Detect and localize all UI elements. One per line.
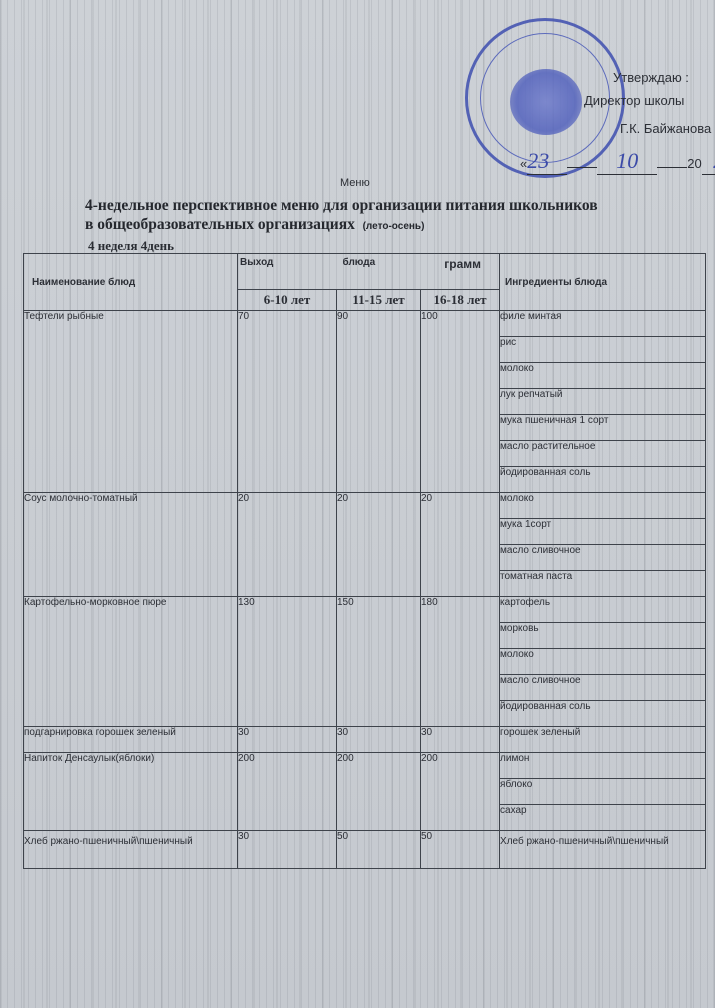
portion-grams: 200: [421, 753, 500, 831]
dish-name: Картофельно-морковное пюре: [24, 597, 238, 727]
date-month: 10: [597, 148, 657, 175]
header-output-1: Выход: [240, 257, 273, 271]
portion-grams: 150: [337, 597, 421, 727]
dish-name: подгарнировка горошек зеленый: [24, 727, 238, 753]
ingredient: рис: [500, 337, 706, 363]
ingredient: мука 1сорт: [500, 519, 706, 545]
ingredient: молоко: [500, 493, 706, 519]
approval-label: Утверждаю :: [613, 70, 689, 85]
table-row: Соус молочно-томатный202020молоко: [24, 493, 706, 519]
year-prefix: 20: [687, 156, 701, 171]
ingredient: томатная паста: [500, 571, 706, 597]
dish-name: Тефтели рыбные: [24, 311, 238, 493]
portion-grams: 30: [238, 727, 337, 753]
ingredient: сахар: [500, 805, 706, 831]
portion-grams: 100: [421, 311, 500, 493]
title-line-2: в общеобразовательных организациях (лето…: [85, 215, 685, 236]
dish-name: Хлеб ржано-пшеничный\пшеничный: [24, 831, 238, 869]
ingredient: филе минтая: [500, 311, 706, 337]
ingredient: лимон: [500, 753, 706, 779]
ingredient: масло сливочное: [500, 675, 706, 701]
title-line-1: 4-недельное перспективное меню для орган…: [85, 196, 685, 215]
table-row: Напиток Денсаулык(яблоки)200200200лимон: [24, 753, 706, 779]
ingredient: молоко: [500, 363, 706, 389]
ingredient: картофель: [500, 597, 706, 623]
portion-grams: 200: [238, 753, 337, 831]
menu-body: Тефтели рыбные7090100филе минтаярисмолок…: [24, 311, 706, 869]
portion-grams: 30: [421, 727, 500, 753]
portion-grams: 20: [421, 493, 500, 597]
table-row: Картофельно-морковное пюре130150180карто…: [24, 597, 706, 623]
approver-name: Г.К. Байжанова: [620, 121, 711, 136]
ingredient: лук репчатый: [500, 389, 706, 415]
portion-grams: 20: [238, 493, 337, 597]
header-age-16-18: 16-18 лет: [421, 290, 500, 311]
approval-date: «23102025 год: [520, 148, 715, 175]
year-suffix: 25: [702, 148, 715, 175]
ingredient: горошек зеленый: [500, 727, 706, 753]
table-row: Тефтели рыбные7090100филе минтая: [24, 311, 706, 337]
week-day-label: 4 неделя 4день: [88, 238, 174, 254]
ingredient: яблоко: [500, 779, 706, 805]
ingredient: йодированная соль: [500, 701, 706, 727]
header-dish-name: Наименование блюд: [24, 254, 238, 311]
table-row: подгарнировка горошек зеленый303030горош…: [24, 727, 706, 753]
portion-grams: 50: [337, 831, 421, 869]
header-age-11-15: 11-15 лет: [337, 290, 421, 311]
portion-grams: 30: [238, 831, 337, 869]
header-output-3: грамм: [444, 257, 481, 271]
approver-position: Директор школы: [584, 93, 684, 108]
table-row: Хлеб ржано-пшеничный\пшеничный305050Хлеб…: [24, 831, 706, 869]
dish-name: Напиток Денсаулык(яблоки): [24, 753, 238, 831]
header-age-6-10: 6-10 лет: [238, 290, 337, 311]
ingredient: масло растительное: [500, 441, 706, 467]
header-ingredients: Ингредиенты блюда: [500, 254, 706, 311]
portion-grams: 130: [238, 597, 337, 727]
document-title: 4-недельное перспективное меню для орган…: [85, 196, 685, 236]
portion-grams: 180: [421, 597, 500, 727]
portion-grams: 200: [337, 753, 421, 831]
ingredient: мука пшеничная 1 сорт: [500, 415, 706, 441]
menu-table: Наименование блюд Выход блюда грамм Ингр…: [23, 253, 706, 869]
header-output: Выход блюда грамм: [238, 254, 500, 290]
document-caption: Меню: [340, 177, 370, 189]
ingredient: йодированная соль: [500, 467, 706, 493]
ingredient: масло сливочное: [500, 545, 706, 571]
date-day: 23: [527, 148, 567, 175]
date-quote: «: [520, 156, 527, 171]
season-label: (лето-осень): [363, 221, 425, 232]
ingredient: Хлеб ржано-пшеничный\пшеничный: [500, 831, 706, 869]
portion-grams: 90: [337, 311, 421, 493]
ingredient: морковь: [500, 623, 706, 649]
emblem-icon: [510, 69, 582, 135]
title-line-2-text: в общеобразовательных организациях: [85, 216, 355, 233]
portion-grams: 20: [337, 493, 421, 597]
portion-grams: 70: [238, 311, 337, 493]
portion-grams: 30: [337, 727, 421, 753]
ingredient: молоко: [500, 649, 706, 675]
portion-grams: 50: [421, 831, 500, 869]
dish-name: Соус молочно-томатный: [24, 493, 238, 597]
header-output-2: блюда: [343, 257, 376, 271]
